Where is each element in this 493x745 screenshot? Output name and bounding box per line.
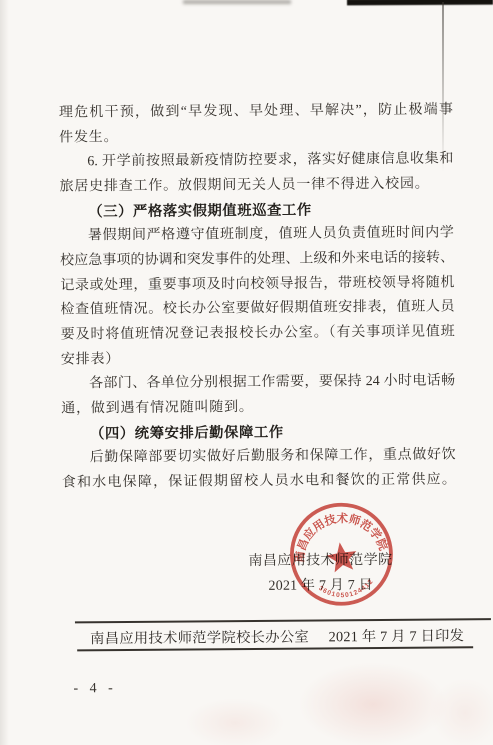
document-line: （三）严格落实假期值班巡查工作	[60, 197, 454, 225]
document-line: 理危机干预，做到“早发现、早处理、早解决”，防止极端事	[59, 98, 453, 126]
document-line: 通，做到遇有情况随叫随到。	[61, 394, 455, 422]
document-line: 件发生。	[59, 123, 453, 151]
document-line: 6. 开学前按照最新疫情防控要求，落实好健康信息收集和	[59, 148, 453, 176]
document-line: 要及时将值班情况登记表报校长办公室。（有关事项详见值班	[61, 320, 455, 348]
document-line: 记录或处理，重要事项及时向校领导报告，带班校领导将随机	[60, 271, 454, 299]
document-line: 暑假期间严格遵守值班制度，值班人员负责值班时间内学	[60, 222, 454, 250]
seal-star-icon	[325, 540, 359, 573]
document-line: （四）统筹安排后勤保障工作	[61, 419, 455, 447]
document-line: 校应急事项的协调和突发事件的处理、上级和外来电话的接转、	[60, 246, 454, 274]
document-line: 安排表）	[61, 345, 455, 373]
document-line: 旅居史排查工作。放假期间无关人员一律不得进入校园。	[59, 172, 453, 200]
document-line: 食和水电保障，保证假期留校人员水电和餐饮的正常供应。	[62, 468, 456, 496]
page-number: - 4 -	[73, 681, 116, 697]
footer-issuer: 南昌应用技术师范学院校长办公室	[90, 627, 309, 649]
official-seal-stamp: 南昌应用技术师范学院 3601050124412	[280, 492, 403, 617]
footer: 南昌应用技术师范学院校长办公室 2021 年 7 月 7 日印发	[90, 625, 464, 648]
document-page: 理危机干预，做到“早发现、早处理、早解决”，防止极端事件发生。6. 开学前按照最…	[0, 0, 493, 745]
document-lines: 理危机干预，做到“早发现、早处理、早解决”，防止极端事件发生。6. 开学前按照最…	[59, 98, 456, 496]
document-line: 后勤保障部要切实做好后勤服务和保障工作，重点做好饮	[62, 444, 456, 472]
footer-print-date: 2021 年 7 月 7 日印发	[329, 625, 465, 646]
document-line: 各部门、各单位分别根据工作需要，要保持 24 小时电话畅	[61, 370, 455, 398]
document-line: 检查值班情况。校长办公室要做好假期值班安排表，值班人员	[60, 296, 454, 324]
footer-rule-top	[75, 618, 491, 623]
